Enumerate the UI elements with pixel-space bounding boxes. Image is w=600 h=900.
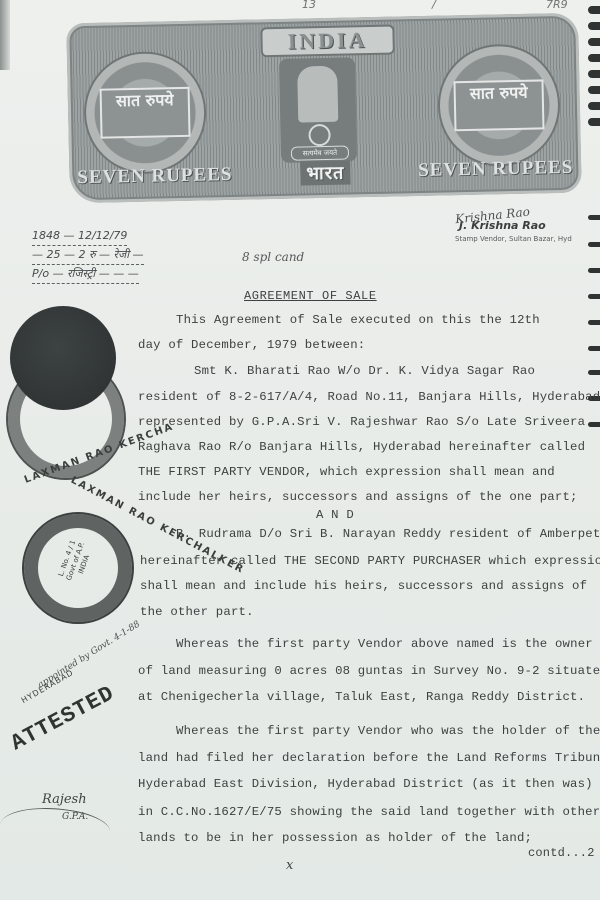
top-mark-3: 7R9 (546, 0, 568, 11)
registration-note-line: P/o — रजिस्ट्री — — — (32, 265, 139, 284)
gpa-signature: Rajesh (42, 792, 87, 807)
registration-side-note: 8 spl cand (242, 250, 304, 264)
binding-hole-icon (588, 294, 600, 299)
body-line: land had filed her declaration before th… (138, 751, 600, 765)
dharma-wheel-icon (308, 124, 330, 146)
top-mark-2: / (432, 0, 436, 11)
binding-hole-icon (588, 346, 600, 351)
stamp-value-medallion-left: सात रुपये (83, 50, 208, 175)
binding-hole-icon (588, 6, 600, 14)
body-line: Whereas the first party Vendor who was t… (176, 724, 600, 738)
stamp-value-medallion-right: सात रुपये (437, 43, 562, 168)
stamp-motto: सत्यमेव जयते (291, 145, 349, 160)
binding-hole-icon (588, 102, 600, 110)
attested-stamp: ATTESTED (7, 681, 119, 756)
binding-hole-icon (588, 422, 600, 427)
stamp-value-english-right: SEVEN RUPEES (418, 157, 574, 182)
stamp-country-label: INDIA (260, 25, 395, 58)
binding-hole-icon (588, 38, 600, 46)
signature-stroke (0, 801, 112, 857)
body-line: shall mean and include his heirs, succes… (140, 579, 587, 593)
stamp-value-english-left: SEVEN RUPEES (77, 164, 233, 189)
body-line: at Chenigecherla village, Taluk East, Ra… (138, 690, 585, 704)
registration-note-line: — 25 — 2 रु — रेजी — (32, 246, 144, 265)
registration-note-line: 1848 — 12/12/79 (32, 227, 127, 246)
body-line: include her heirs, successors and assign… (138, 490, 578, 504)
binding-hole-icon (588, 70, 600, 78)
stamp-value-hindi-left: सात रुपये (100, 87, 191, 139)
binding-hole-icon (588, 320, 600, 325)
binding-hole-icon (588, 22, 600, 30)
binding-hole-icon (588, 268, 600, 273)
binding-hole-icon (588, 54, 600, 62)
body-line: This Agreement of Sale executed on this … (176, 313, 540, 327)
body-line: B. Rudrama D/o Sri B. Narayan Reddy resi… (176, 527, 600, 541)
body-line: the other part. (140, 605, 254, 619)
binding-hole-icon (588, 86, 600, 94)
body-line: of land measuring 0 acres 08 guntas in S… (138, 664, 600, 678)
registration-notes: 1848 — 12/12/79 — 25 — 2 रु — रेजी — P/o… (32, 227, 144, 284)
page-edge-shadow (0, 0, 10, 70)
body-line: represented by G.P.A.Sri V. Rajeshwar Ra… (138, 415, 585, 429)
body-line: THE FIRST PARTY VENDOR, which expression… (138, 465, 555, 479)
body-line: hereinafter called THE SECOND PARTY PURC… (140, 554, 600, 568)
stamp-vendor-endorsement: Krishna Rao J. Krishna Rao Stamp Vendor,… (455, 205, 595, 243)
body-line: in C.C.No.1627/E/75 showing the said lan… (138, 805, 600, 819)
binding-holes (586, 0, 600, 500)
document-page: 13 / 7R9 INDIA सात रुपये सत्यमेव जयते सा… (0, 0, 600, 900)
document-title: AGREEMENT OF SALE (244, 289, 377, 303)
vendor-address: Stamp Vendor, Sultan Bazar, Hyd (455, 235, 595, 243)
tick-mark: x (286, 858, 293, 873)
stamp-country-hindi: भारत (300, 160, 350, 185)
binding-hole-icon (588, 370, 600, 375)
binding-hole-icon (588, 118, 600, 126)
body-line: Smt K. Bharati Rao W/o Dr. K. Vidya Saga… (194, 364, 535, 378)
body-separator-and: A N D (316, 508, 354, 522)
top-mark-1: 13 (302, 0, 316, 11)
seal-2-city: HYDERABAD (20, 668, 76, 705)
seal-ink-blot (10, 306, 116, 410)
body-line: lands to be in her possession as holder … (138, 831, 532, 845)
body-line: Hyderabad East Division, Hyderabad Distr… (138, 777, 593, 791)
body-line: resident of 8-2-617/A/4, Road No.11, Ban… (138, 390, 600, 404)
continuation-marker: contd...2 (528, 846, 595, 860)
body-line: day of December, 1979 between: (138, 338, 365, 352)
body-line: Raghava Rao R/o Banjara Hills, Hyderabad… (138, 440, 585, 454)
body-line: Whereas the first party Vendor above nam… (176, 637, 593, 651)
revenue-stamp: INDIA सात रुपये सत्यमेव जयते सात रुपये S… (66, 13, 582, 204)
lion-capital-icon (297, 66, 338, 123)
ashoka-emblem-icon: सत्यमेव जयते (279, 57, 357, 163)
stamp-value-hindi-right: सात रुपये (453, 79, 544, 131)
